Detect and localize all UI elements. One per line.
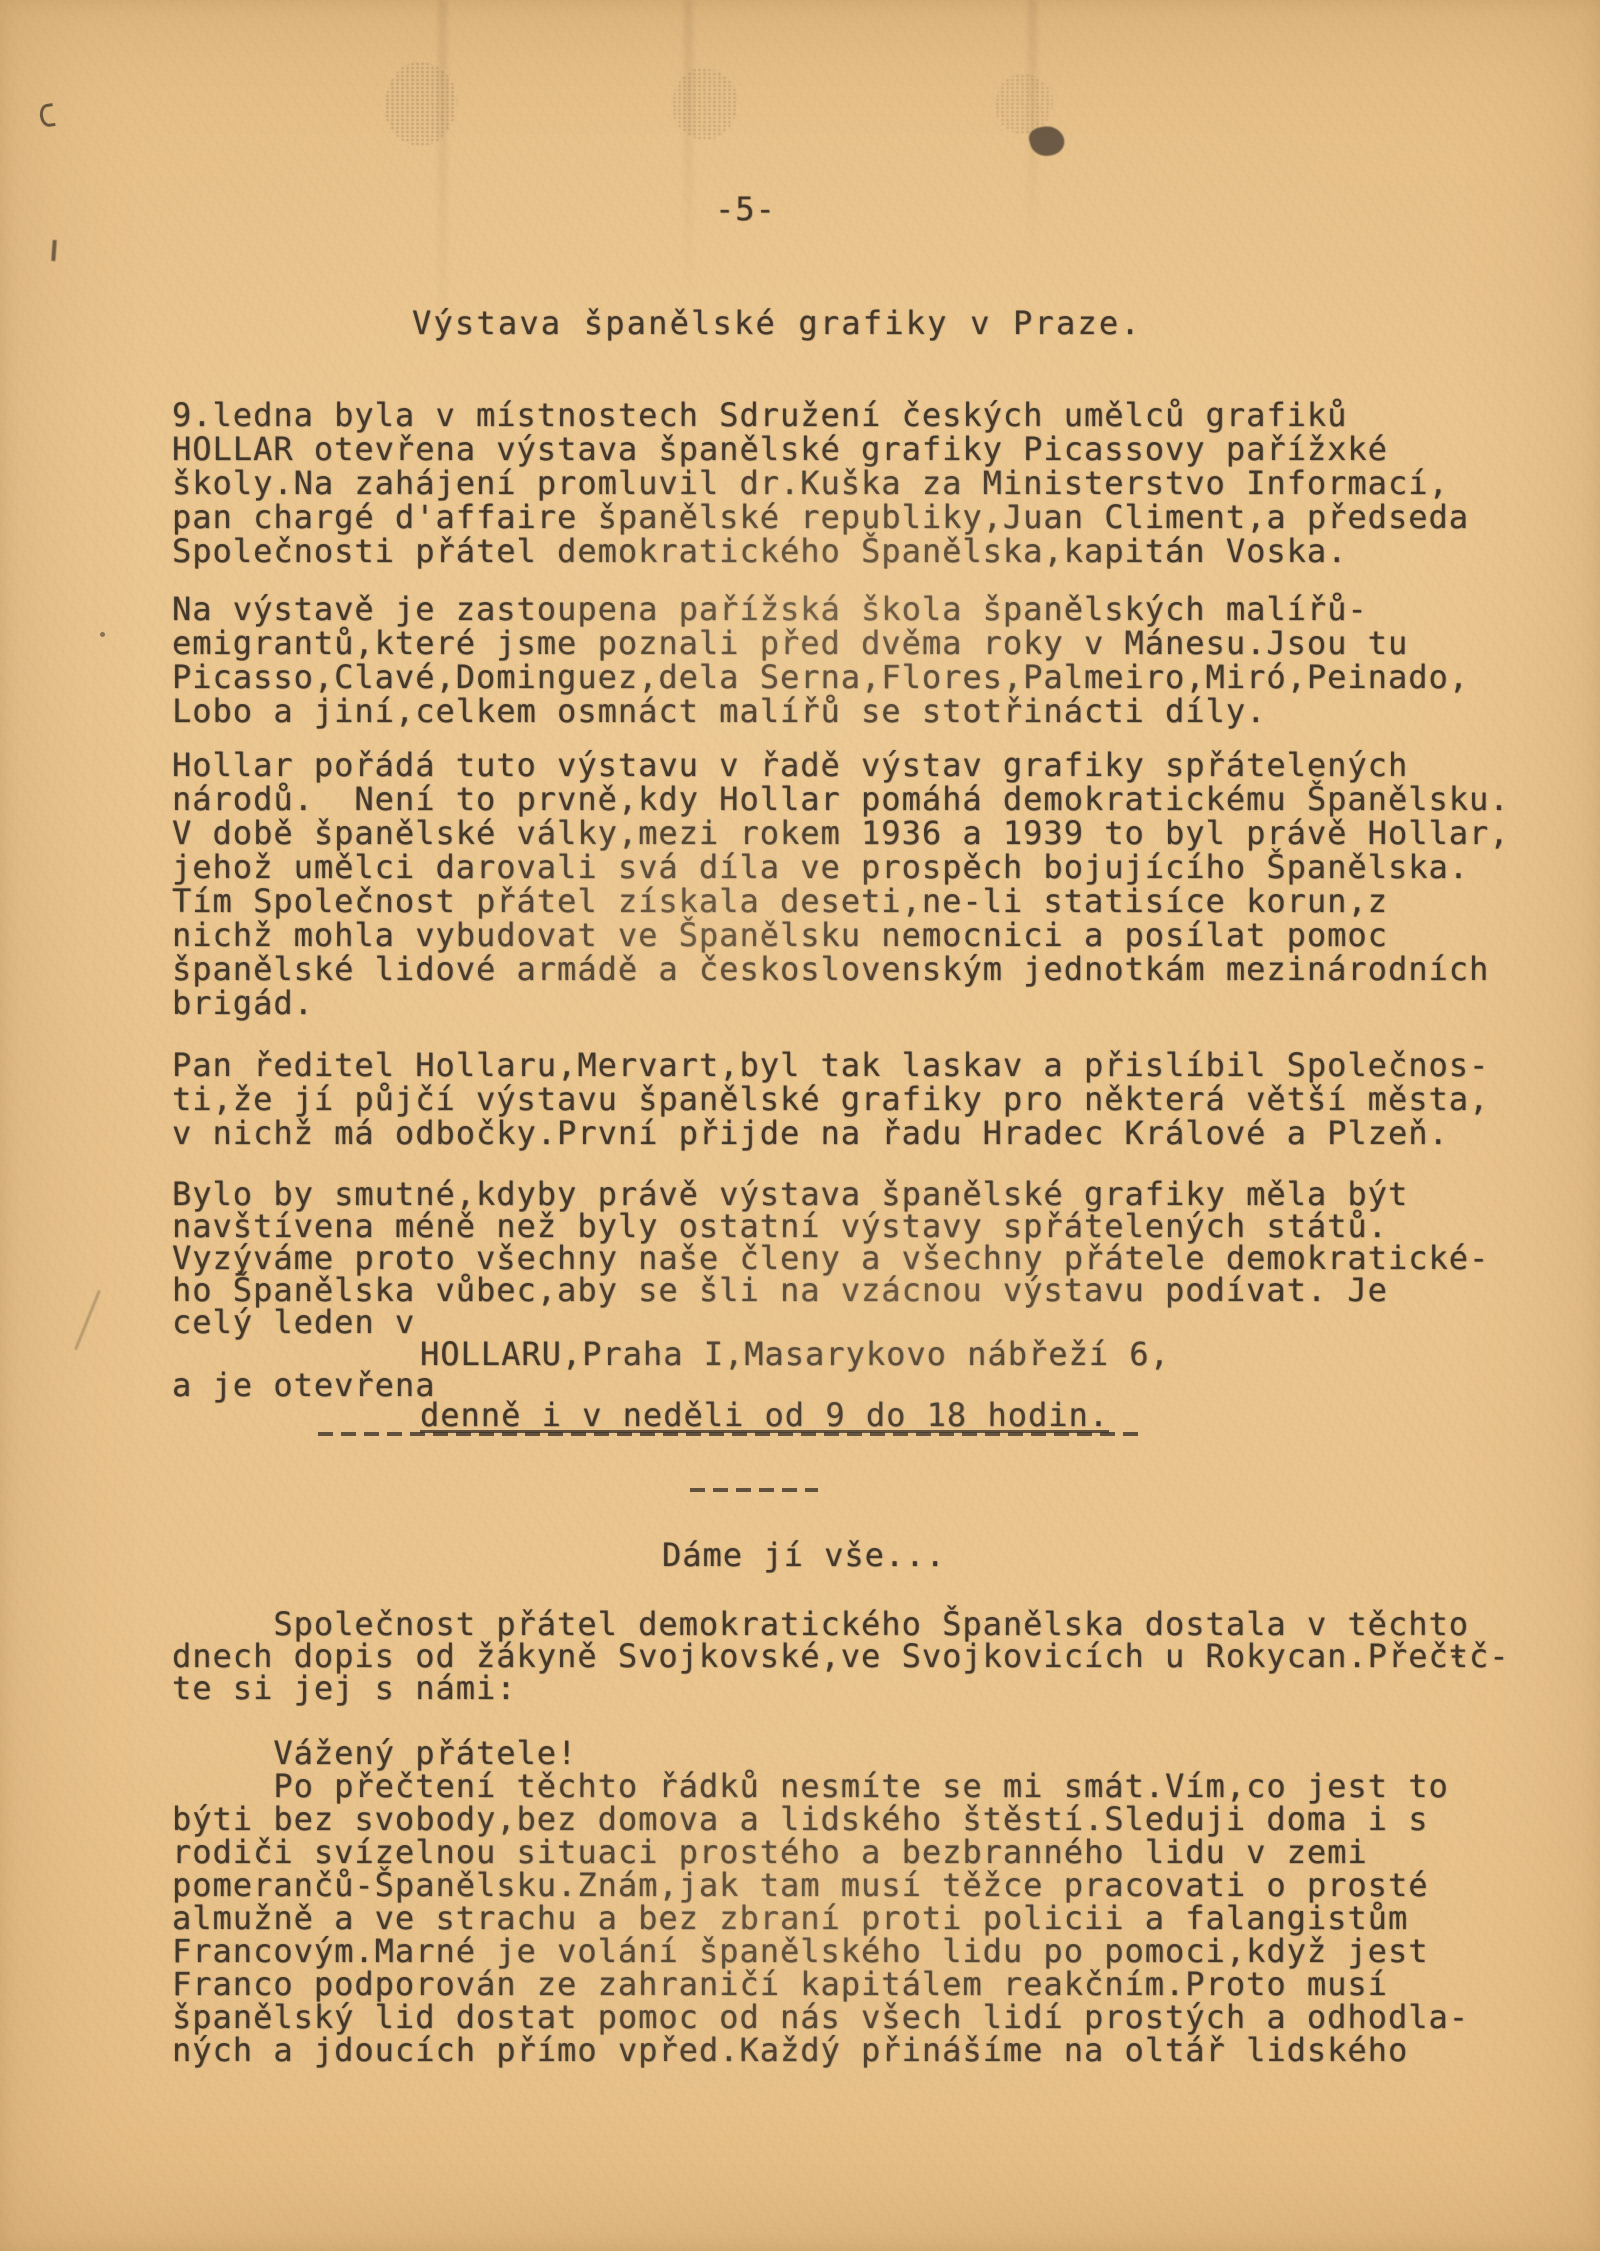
typed-dash-underline <box>318 1432 1146 1436</box>
letter-intro-paragraph: Společnost přátel demokratického Španěls… <box>172 1608 1510 1704</box>
article-title: Výstava španělské grafiky v Praze. <box>412 306 1142 340</box>
section-divider <box>690 1488 818 1492</box>
letter-body: Vážený přátele! Po přečtení těchto řádků… <box>172 1737 1469 2067</box>
paragraph: Na výstavě je zastoupena pařížská škola … <box>172 592 1469 728</box>
opening-hours-line: denně i v neděli od 9 do 18 hodin. <box>420 1398 1109 1433</box>
paragraph: 9.ledna byla v místnostech Sdružení česk… <box>172 398 1469 568</box>
opening-hours-text: denně i v neděli od 9 do 18 hodin. <box>420 1401 1109 1433</box>
venue-address-line: HOLLARU,Praha I,Masarykovo nábřeží 6, <box>420 1337 1170 1371</box>
section-heading: Dáme jí vše... <box>662 1538 946 1572</box>
typewritten-text-layer: -5- Výstava španělské grafiky v Praze. 9… <box>0 0 1600 2251</box>
paragraph: Bylo by smutné,kdyby právě výstava španě… <box>172 1178 1489 1338</box>
page-number: -5- <box>715 192 776 226</box>
paragraph: Hollar pořádá tuto výstavu v řadě výstav… <box>172 748 1510 1020</box>
scanned-typewritten-page: { "colors": { "paper": "#e8c28c", "ink":… <box>0 0 1600 2251</box>
paragraph: Pan ředitel Hollaru,Mervart,byl tak lask… <box>172 1048 1489 1150</box>
opening-intro-line: a je otevřena <box>172 1368 435 1402</box>
